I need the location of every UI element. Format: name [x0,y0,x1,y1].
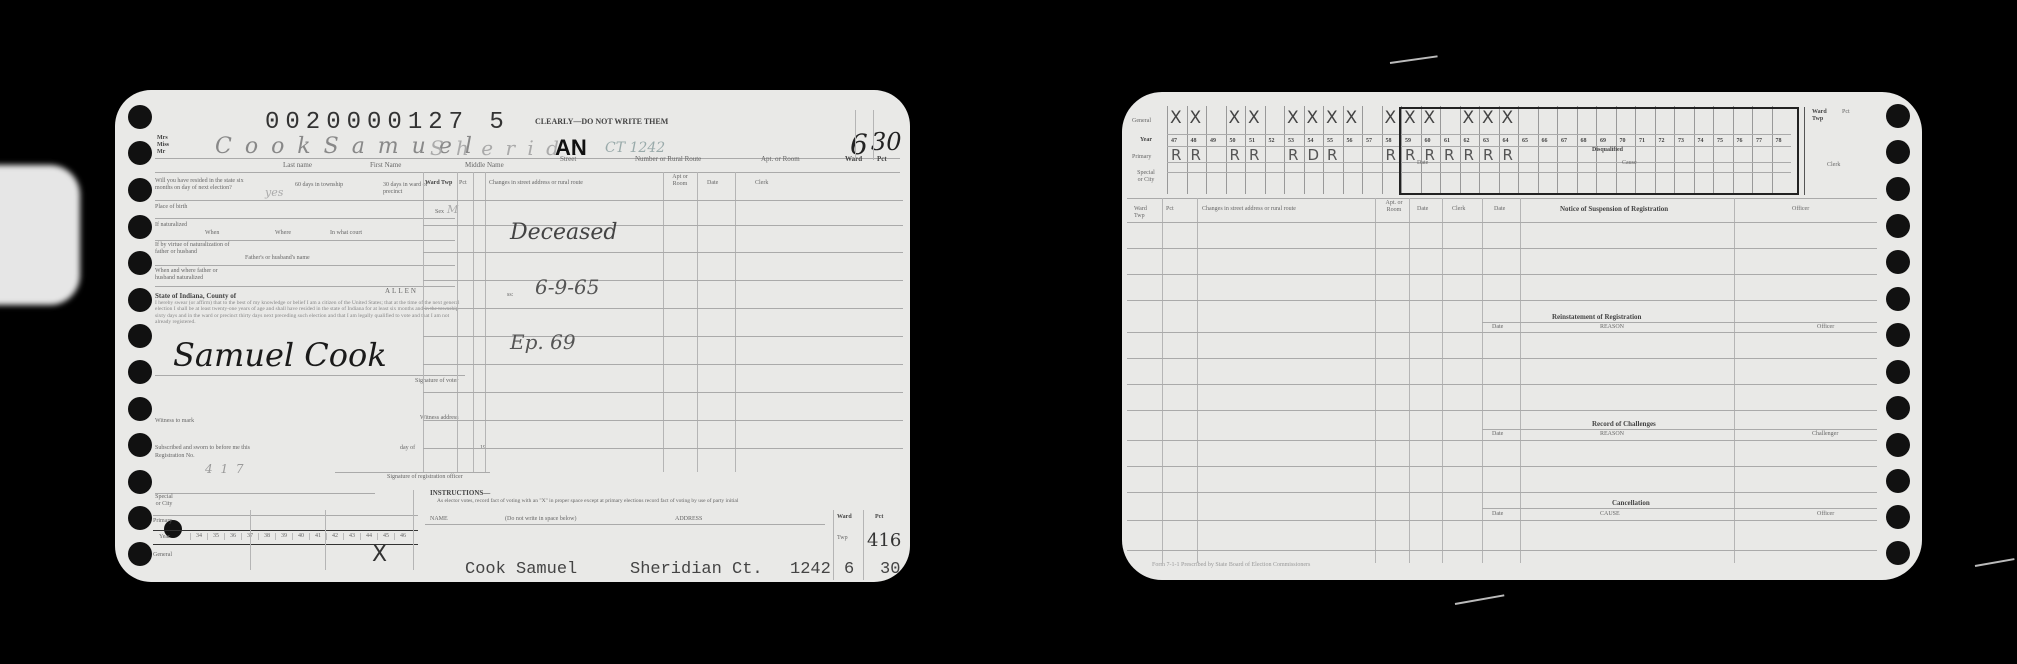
reinstatement-title: Reinstatement of Registration [1552,314,1641,322]
back-header-apt: Apt. or Room [1382,200,1406,213]
divider [457,172,458,472]
punch-hole [128,215,152,239]
year-cell: 58 [1386,138,1392,145]
prefix-mrs: Mrs [157,135,168,142]
punch-hole [128,397,152,421]
divider [833,510,834,580]
year-cell: 48 [1191,138,1197,145]
divider [423,200,903,201]
typed-address: Sheridian Ct. [630,560,763,579]
year-row: 34353637383940414243444546 [190,533,411,540]
divider [1127,198,1877,199]
punch-hole [128,542,152,566]
divider [423,280,903,281]
divider [1127,274,1877,275]
film-scratch [1390,55,1438,64]
label-signature-voter: Signature of voter [415,378,458,385]
year-cell: 47 [1171,138,1177,145]
vote-grid-column: X53R [1284,106,1303,194]
vote-grid-column: 52 [1265,106,1284,194]
label-day-of: day of [400,445,415,452]
divider [1127,248,1877,249]
divider [1127,410,1877,411]
divider [1127,550,1877,551]
divider [423,172,424,472]
punch-hole [128,506,152,530]
street-number-handwritten: CT 1242 [605,140,665,156]
label-middle-name: Middle Name [465,162,504,170]
label-naturalized: If naturalized [155,222,187,229]
punch-hole [1886,323,1910,347]
year-cell: 51 [1249,138,1255,145]
label-father-husband: If by virtue of naturalization of father… [155,242,230,255]
back-header-pct: Pct [1166,206,1174,213]
label-when-where: When and where father or husband natural… [155,268,235,281]
serial-number: 0020000127 5 [265,110,510,136]
label-ward-twp: Ward Twp [1812,109,1832,122]
label-days-township: 60 days in township [295,182,350,189]
header-instruction: CLEARLY—DO NOT WRITE THEM [535,118,668,127]
label-witness-mark: Witness to mark [155,418,194,425]
col-pct: Pct [875,514,883,521]
year-cell: 41 [309,533,326,540]
punch-hole [128,141,152,165]
punch-hole [1886,214,1910,238]
punch-hole [1886,469,1910,493]
divider [1162,198,1163,563]
punch-hole [128,433,152,457]
suspension-header-officer: Officer [1792,206,1809,213]
label-registration-no: Registration No. [155,453,195,460]
punch-hole [128,251,152,275]
label-pct: Pct [1842,109,1850,116]
divider [425,524,825,525]
col-twp: Twp [837,535,848,542]
divider [423,364,903,365]
divider [155,172,900,173]
divider [1375,198,1376,563]
label-apt-or-room: Apt or Room [665,174,695,187]
divider [423,252,903,253]
divider [1804,107,1805,195]
divider [155,493,375,494]
change-entry-date: 6-9-65 [535,275,599,299]
reinstatement-header-officer: Officer [1817,324,1834,331]
label-subscribed: Subscribed and sworn to before me this [155,445,250,452]
divider [855,110,856,160]
divider [1127,332,1877,333]
punch-hole [128,178,152,202]
label-ward-twp: Ward Twp [425,180,453,187]
divider [1127,440,1877,441]
handwritten-pct: 416 [867,530,901,551]
back-header-clerk: Clerk [1452,206,1465,213]
row-label-primary: Primary [1132,154,1151,161]
label-sex: Sex [435,209,444,216]
vote-grid-column: X48R [1187,106,1206,194]
general-vote-mark: X [372,542,387,567]
year-cell: 43 [343,533,360,540]
divider [1409,198,1410,563]
form-footer: Form 7-1-1 Prescribed by State Board of … [1152,562,1310,569]
cancellation-title: Cancellation [1612,500,1650,508]
challenges-title: Record of Challenges [1592,421,1656,429]
label-number-rural: Number or Rural Route [635,156,701,164]
typed-pct: 30 [880,560,900,579]
year-cell: 55 [1327,138,1333,145]
divider [1482,429,1877,430]
punch-hole [128,360,152,384]
divider [873,110,874,160]
general-vote-mark: X [1248,108,1260,128]
general-vote-mark: X [1190,108,1202,128]
year-cell: 45 [377,533,394,540]
punch-hole [128,288,152,312]
divider [155,375,465,376]
year-cell: 54 [1308,138,1314,145]
year-cell: 36 [224,533,241,540]
divider [697,172,698,472]
suspension-header-notice: Notice of Suspension of Registration [1560,206,1668,214]
divider [423,392,903,393]
year-cell: 42 [326,533,343,540]
punch-hole [1886,433,1910,457]
divider [1127,466,1877,467]
vote-grid-column: X50R [1226,106,1245,194]
prefix-miss: Miss [157,142,169,149]
year-cell: 53 [1288,138,1294,145]
divider [423,448,903,449]
divider [1127,358,1877,359]
divider [863,510,864,580]
film-scratch [1975,558,2015,567]
punch-hole [128,105,152,129]
divider [1442,198,1443,563]
punch-hole [1886,250,1910,274]
resided-answer: yes [265,186,283,199]
year-cell: 57 [1366,138,1372,145]
label-resided-question: Will you have resided in the state six m… [155,178,245,191]
general-vote-mark: X [1307,108,1319,128]
film-scratch [1455,594,1505,605]
col-ward: Ward [837,514,852,521]
divider [335,472,490,473]
reinstatement-header-reason: REASON [1600,324,1624,331]
year-cell: 34 [190,533,207,540]
divider [1127,520,1877,521]
year-cell: 56 [1347,138,1353,145]
vote-grid-column: X55R [1323,106,1342,194]
label-where: Where [275,230,291,237]
registration-card-back: General Year Primary Special or City X47… [1122,92,1922,580]
divider [155,218,455,219]
divider [1127,222,1877,223]
vote-grid-column: 49 [1206,106,1225,194]
divider [423,420,903,421]
punch-hole [1886,104,1910,128]
divider [663,172,664,472]
back-header-changes: Changes in street address or rural route [1202,206,1296,213]
label-pct-short: Pct [459,180,467,187]
registration-no-value: 4 1 7 [205,462,246,476]
row-label-general: General [1132,118,1151,125]
instructions-text: As elector votes, record fact of voting … [437,498,797,504]
label-ss: ss: [507,292,513,299]
row-label-year: Year [159,534,170,541]
year-cell: 38 [258,533,275,540]
year-cell: 40 [292,533,309,540]
divider [155,240,455,241]
divider [155,265,455,266]
punch-hole [1886,360,1910,384]
label-changes-address: Changes in street address or rural route [489,180,583,187]
divider [1482,508,1877,509]
punch-hole [1886,505,1910,529]
label-last-name: Last name [283,162,312,170]
back-header-date: Date [1417,206,1428,213]
pct-value: 30 [871,128,902,156]
general-vote-mark: X [1346,108,1358,128]
year-cell: 50 [1230,138,1236,145]
divider [1127,492,1877,493]
year-cell: 49 [1210,138,1216,145]
typed-number: 1242 [790,560,831,579]
vote-grid-column: 57 [1362,106,1381,194]
change-entry-ep: Ep. 69 [510,330,576,354]
vote-grid-column: X54D [1304,106,1323,194]
divider [325,510,326,570]
divider [153,515,418,516]
divider [155,200,455,201]
divider [413,490,414,570]
row-label-primary: Primary [153,518,172,525]
label-clerk: Clerk [755,180,768,187]
back-header-ward-twp: Ward Twp [1134,206,1156,219]
label-clerk: Clerk [1827,162,1840,169]
year-cell: 39 [275,533,292,540]
divider [423,225,903,226]
reinstatement-header-date: Date [1492,324,1503,331]
general-vote-mark: X [1229,108,1241,128]
general-vote-mark: X [1287,108,1299,128]
label-apt-room: Apt. or Room [761,156,800,164]
divider [153,530,418,531]
divider [1127,384,1877,385]
row-label-special: Special or City [1134,170,1158,183]
label-street: Street [560,156,576,164]
challenges-header-reason: REASON [1600,431,1624,438]
punch-hole [1886,541,1910,565]
label-date: Date [707,180,718,187]
label-date: Date [1417,160,1428,167]
oath-text: I hereby swear (or affirm) that to the b… [155,300,465,325]
prefix-mr: Mr [157,149,165,156]
cancellation-header-cause: CAUSE [1600,511,1620,518]
label-what-court: In what court [330,230,362,237]
change-entry-deceased: Deceased [510,220,618,245]
divider [1482,322,1877,323]
voter-signature: Samuel Cook [173,336,387,374]
punch-hole [128,324,152,348]
divider [1197,198,1198,563]
challenges-header-challenger: Challenger [1812,431,1838,438]
cancellation-header-date: Date [1492,511,1503,518]
instructions-title: INSTRUCTIONS— [430,490,490,498]
col-name: NAME [430,516,448,523]
punch-hole [128,470,152,494]
suspension-header-date: Date [1494,206,1505,213]
vote-grid-column: X51R [1245,106,1264,194]
general-vote-mark: X [1170,108,1182,128]
punch-hole [1886,287,1910,311]
general-vote-mark: X [1326,108,1338,128]
typed-ward: 6 [844,560,854,579]
divider [473,172,474,472]
year-cell: 35 [207,533,224,540]
divider [485,172,486,472]
punch-hole [1886,396,1910,420]
divider [423,336,903,337]
label-fathers-name: Father's or husband's name [245,255,310,262]
col-address: ADDRESS [675,516,702,523]
label-pct: Pct [877,156,887,164]
registration-card-front: 0020000127 5 CLEARLY—DO NOT WRITE THEM M… [115,90,910,582]
row-label-year: Year [1140,137,1152,144]
row-label-special: Special or City [153,494,175,507]
punch-hole [1886,177,1910,201]
year-cell: 44 [360,533,377,540]
cancellation-header-officer: Officer [1817,511,1834,518]
divider [250,510,251,570]
label-cause: Cause [1622,160,1637,167]
county-value: ALLEN [385,288,418,296]
blurred-card-edge [0,165,80,305]
divider [1127,300,1877,301]
col-do-not-write: (Do not write in space below) [505,516,576,523]
row-label-general: General [153,552,172,559]
typed-name: Cook Samuel [465,560,577,579]
general-vote-mark: X [1385,108,1397,128]
label-signature-officer: Signature of registration officer [387,474,463,481]
vote-grid-column: X58R [1382,106,1401,194]
label-first-name: First Name [370,162,401,170]
vote-grid-column: X47R [1167,106,1186,194]
challenges-header-date: Date [1492,431,1503,438]
vote-grid-column: X56 [1343,106,1362,194]
label-place-of-birth: Place of birth [155,204,195,211]
label-when: When [205,230,219,237]
label-ward: Ward [845,156,862,164]
year-cell: 52 [1269,138,1275,145]
divider [735,172,736,472]
punch-hole [1886,140,1910,164]
label-disqualified: Disqualified [1592,147,1623,154]
year-cell: 46 [394,533,411,540]
divider [423,308,903,309]
